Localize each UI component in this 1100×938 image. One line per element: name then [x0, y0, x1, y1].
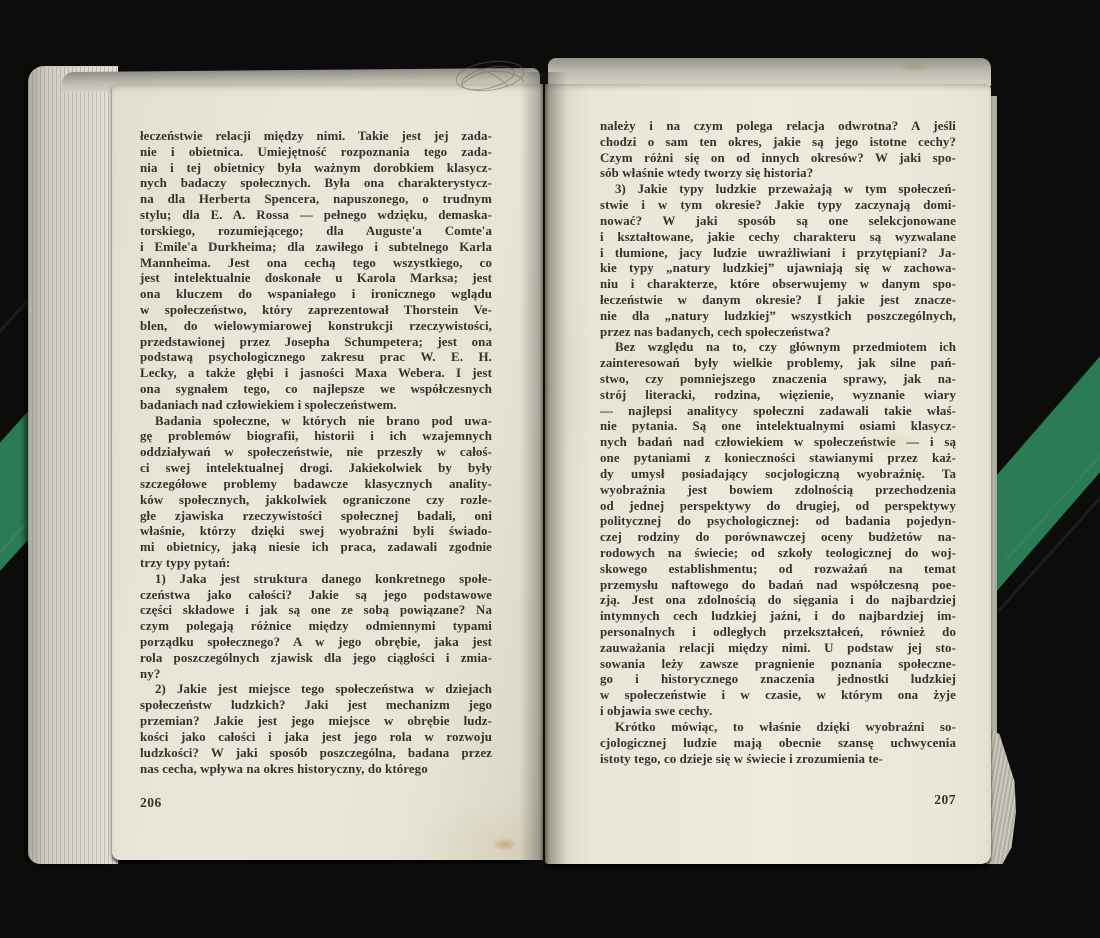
- text-line: łeczeństwie w danym okresie? I jakie jes…: [600, 293, 956, 309]
- text-line: torskiego, rozumiejącego; dla Auguste'a …: [140, 224, 492, 240]
- text-line: właśnie, którzy dzięki swej wyobraźni by…: [140, 524, 492, 540]
- text-line: cjologicznej ludzie mają obecnie szansę …: [600, 736, 956, 752]
- text-line: jest intelektualnie doskonałe u Karola M…: [140, 271, 492, 287]
- paragraph: łeczeństwie relacji między nimi. Takie j…: [140, 129, 492, 414]
- text-line: intymnych cech ludzkiej jaźni, i do najb…: [600, 609, 956, 625]
- text-line: one pytaniami z konieczności stawianymi …: [600, 451, 956, 467]
- text-line: nie i obietnica. Umiejętność rozpoznania…: [140, 145, 492, 161]
- text-line: — najlepsi analitycy społeczni zadawali …: [600, 404, 956, 420]
- text-line: stwo, czy pomniejszego znaczenia sprawy,…: [600, 372, 956, 388]
- text-line: go i historycznego znaczenia jednostki l…: [600, 672, 956, 688]
- right-page-text-column: należy i na czym polega relacja odwrotna…: [600, 119, 956, 767]
- text-line: 2) Jakie jest miejsce tego społeczeństwa…: [140, 682, 492, 698]
- text-line: przedstawionej przez Josepha Schumpetera…: [140, 335, 492, 351]
- text-line: porządku społecznego? A w jego obrębie, …: [140, 635, 492, 651]
- text-line: niu i charakterze, które obserwujemy w d…: [600, 277, 956, 293]
- text-line: czeństwa jako całości? Jakie są jego pod…: [140, 588, 492, 604]
- text-line: nie dla „natury ludzkiej” wszystkich pos…: [600, 309, 956, 325]
- text-line: ona kluczem do wspaniałego i ironicznego…: [140, 287, 492, 303]
- text-line: i kształtowane, jakie cechy charakteru s…: [600, 230, 956, 246]
- text-line: kie typy „natury ludzkiej” ujawniają się…: [600, 261, 956, 277]
- text-line: stylu; dla E. A. Rossa — pełnego wdzięku…: [140, 208, 492, 224]
- text-line: głe zjawiska rzeczywistości społecznej b…: [140, 509, 492, 525]
- text-line: blen, do wielowymiarowej konstrukcji rze…: [140, 319, 492, 335]
- text-line: badaniach nad człowiekiem i społeczeństw…: [140, 398, 492, 414]
- text-line: zją. Jest ona zdolnością do sięgania i d…: [600, 593, 956, 609]
- text-line: podstawą psychologicznego zakresu prac W…: [140, 350, 492, 366]
- text-line: nych badań nad człowiekiem w społeczeńst…: [600, 435, 956, 451]
- text-line: politycznej do psychologicznej: od badan…: [600, 514, 956, 530]
- text-line: na dla Herberta Spencera, napuszonego, o…: [140, 192, 492, 208]
- page-edge-stack-right: [990, 96, 997, 776]
- text-line: ona sygnałem tego, co najlepsze we współ…: [140, 382, 492, 398]
- text-line: strój literacki, rodzina, więzienie, wyz…: [600, 388, 956, 404]
- text-line: części składowe i jak są one ze sobą pow…: [140, 603, 492, 619]
- text-line: istoty tego, co dzieje się w świecie i z…: [600, 752, 956, 768]
- text-line: oddziaływań w społeczeństwie, nie przesz…: [140, 445, 492, 461]
- text-line: i tłumione, jacy ludzie uwrażliwiani i p…: [600, 246, 956, 262]
- text-line: ci swej intelektualnej drogi. Jakiekolwi…: [140, 461, 492, 477]
- text-line: społeczeństw ludzkich? Jaki jest mechani…: [140, 698, 492, 714]
- text-line: Lecky, a także głębi i jasności Maxa Web…: [140, 366, 492, 382]
- text-line: chodzi o sam ten okres, jakie są jego is…: [600, 135, 956, 151]
- paragraph: Bez względu na to, czy głównym przedmiot…: [600, 340, 956, 720]
- text-line: trzy typy pytań:: [140, 556, 492, 572]
- text-line: dy umysł posiadający socjologiczną wyobr…: [600, 467, 956, 483]
- text-line: wyobraźnia jest bowiem zdolnością przech…: [600, 483, 956, 499]
- paragraph: Krótko mówiąc, to właśnie dzięki wyobraź…: [600, 720, 956, 767]
- text-line: nas cecha, wpływa na okres historyczny, …: [140, 762, 492, 778]
- text-line: ludzkości? W jaki sposób poszczególna, b…: [140, 746, 492, 762]
- paragraph: 1) Jaka jest struktura danego konkretneg…: [140, 572, 492, 683]
- photo-of-open-book: łeczeństwie relacji między nimi. Takie j…: [0, 0, 1100, 938]
- text-line: od jednej perspektywy do drugiej, od per…: [600, 499, 956, 515]
- text-line: nie pytania. Są one intelektualnymi osia…: [600, 419, 956, 435]
- text-line: zainteresowań były wielkie problemy, jak…: [600, 356, 956, 372]
- text-line: czym polegają różnice między odmiennymi …: [140, 619, 492, 635]
- page-edge-stack-top-right: [548, 58, 991, 86]
- text-line: i Emile'a Durkheima; dla zawiłego i subt…: [140, 240, 492, 256]
- text-line: skowego establishmentu; od rozważań na t…: [600, 562, 956, 578]
- text-line: nować? W jaki sposób są one selekcjonowa…: [600, 214, 956, 230]
- text-line: ny?: [140, 667, 492, 683]
- text-line: Badania społeczne, w których nie brano p…: [140, 414, 492, 430]
- paragraph: 3) Jakie typy ludzkie przeważają w tym s…: [600, 182, 956, 340]
- text-line: mi obietnicy, jaką niesie ich praca, zad…: [140, 540, 492, 556]
- text-line: łeczeństwie relacji między nimi. Takie j…: [140, 129, 492, 145]
- text-line: Krótko mówiąc, to właśnie dzięki wyobraź…: [600, 720, 956, 736]
- text-line: 3) Jakie typy ludzkie przeważają w tym s…: [600, 182, 956, 198]
- text-line: sowania leży zawsze pragnienie poznania …: [600, 657, 956, 673]
- page-number-right: 207: [600, 792, 956, 808]
- text-line: i objawia swe cechy.: [600, 704, 956, 720]
- paragraph: 2) Jakie jest miejsce tego społeczeństwa…: [140, 682, 492, 777]
- text-line: rodowych na świecie; od szkoły teologicz…: [600, 546, 956, 562]
- text-line: stwie i w tym okresie? Jakie typy zaczyn…: [600, 198, 956, 214]
- text-line: sób właśnie wtedy tworzy się historia?: [600, 166, 956, 182]
- text-line: w społeczeństwo, który zaprezentował Tho…: [140, 303, 492, 319]
- text-line: gę problemów biografii, historii i ich w…: [140, 429, 492, 445]
- text-line: należy i na czym polega relacja odwrotna…: [600, 119, 956, 135]
- text-line: 1) Jaka jest struktura danego konkretneg…: [140, 572, 492, 588]
- text-line: Czym różni się on od innych okresów? W j…: [600, 151, 956, 167]
- text-line: w społeczeństwie i w czasie, w którym on…: [600, 688, 956, 704]
- text-line: przemian? Jakie jest jego miejsce w obrę…: [140, 714, 492, 730]
- pencil-scribble-icon: [444, 54, 540, 100]
- text-line: nia i tej obietnicy była ważnym dorobkie…: [140, 161, 492, 177]
- text-line: przemysłu naftowego do badań nad współcz…: [600, 578, 956, 594]
- paragraph: należy i na czym polega relacja odwrotna…: [600, 119, 956, 182]
- text-line: czej rodziny do porównawczej oceny budże…: [600, 530, 956, 546]
- text-line: rola poszczególnych zjawisk dla jego cią…: [140, 651, 492, 667]
- text-line: nych badaczy społecznych. Była ona chara…: [140, 176, 492, 192]
- text-line: Bez względu na to, czy głównym przedmiot…: [600, 340, 956, 356]
- page-number-left: 206: [140, 795, 162, 811]
- page-edge-stack-left: [28, 66, 118, 864]
- text-line: przez nas badanych, cech społeczeństwa?: [600, 325, 956, 341]
- text-line: zauważania relacji między nimi. U podsta…: [600, 641, 956, 657]
- text-line: szczegółowe problemy badawcze klasycznyc…: [140, 477, 492, 493]
- paragraph: Badania społeczne, w których nie brano p…: [140, 414, 492, 572]
- text-line: personalnych i odległych przekształceń, …: [600, 625, 956, 641]
- text-line: ków społecznych, jakkolwiek ograniczone …: [140, 493, 492, 509]
- left-page-text-column: łeczeństwie relacji między nimi. Takie j…: [140, 129, 492, 777]
- text-line: Mannheima. Jest ona cechą tego wszystkie…: [140, 256, 492, 272]
- text-line: kości jako całości i jaka jest jego rola…: [140, 730, 492, 746]
